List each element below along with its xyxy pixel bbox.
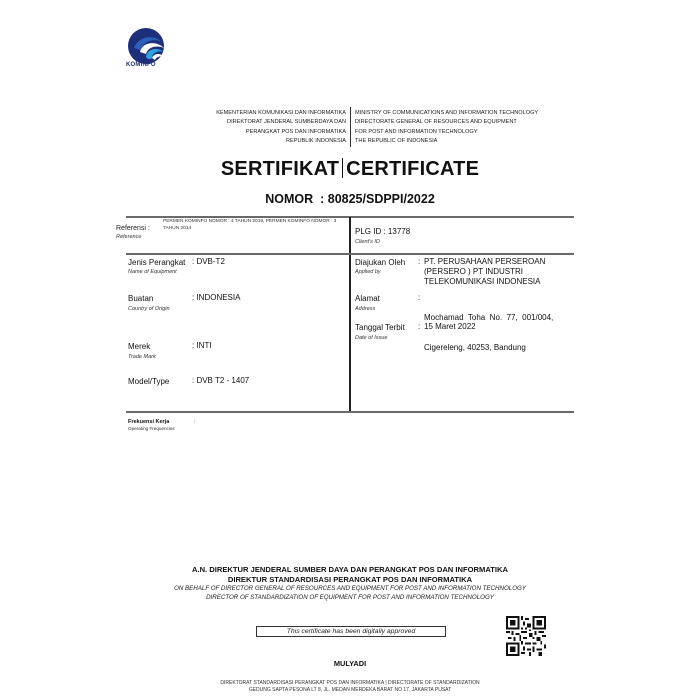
frequency-sublabel: Operating Frequencies — [128, 426, 175, 431]
reference-value-line: TAHUN 2014 — [163, 225, 347, 232]
ministry-header-english: MINISTRY OF COMMUNICATIONS AND INFORMATI… — [355, 109, 595, 146]
ministry-header-indonesian: KEMENTERIAN KOMUNIKASI DAN INFORMATIKA D… — [180, 109, 346, 146]
address-label: Alamat — [355, 294, 380, 303]
trade-mark-value: : INTI — [192, 341, 212, 351]
ministry-divider — [350, 107, 351, 147]
client-id-sublabel: Client's ID — [355, 239, 380, 245]
applicant-sublabel: Applied by — [355, 269, 381, 275]
applicant-line: PT. PERUSAHAAN PERSEROAN — [424, 257, 574, 267]
model-type-label: Model/Type — [128, 377, 169, 386]
country-origin-sublabel: Country of Origin — [128, 306, 170, 312]
applicant-line: TELEKOMUNIKASI INDONESIA — [424, 277, 574, 287]
applicant-colon: : — [418, 257, 420, 267]
signature-line-3: ON BEHALF OF DIRECTOR GENERAL OF RESOURC… — [0, 585, 700, 592]
country-origin-value: : INDONESIA — [192, 293, 240, 303]
model-type-value: : DVB T2 - 1407 — [192, 376, 249, 386]
signature-line-4: DIRECTOR OF STANDARDIZATION OF EQUIPMENT… — [0, 594, 700, 601]
reference-sublabel: Reference — [116, 234, 141, 240]
certificate-title: SERTIFIKATCERTIFICATE — [0, 158, 700, 181]
address-sublabel: Address — [355, 306, 375, 312]
ministry-en-line: MINISTRY OF COMMUNICATIONS AND INFORMATI… — [355, 109, 595, 118]
address-line: Cigereleng, 40253, Bandung — [424, 343, 579, 353]
issue-date-colon: : — [418, 322, 420, 332]
nomor-separator: : — [320, 192, 324, 206]
title-separator — [342, 158, 343, 178]
nomor-value: 80825/SDPPI/2022 — [328, 192, 435, 206]
issue-date-sublabel: Date of Issue — [355, 335, 387, 341]
trade-mark-sublabel: Trade Mark — [128, 354, 156, 360]
reference-label: Referensi : — [116, 225, 150, 232]
reference-value-line: PERMEN KOMINFO NOMOR : 4 TAHUN 2019, PER… — [163, 218, 347, 225]
table-row-divider — [126, 253, 574, 255]
ministry-en-line: DIRECTORATE GENERAL OF RESOURCES AND EQU… — [355, 118, 595, 127]
table-column-divider — [349, 217, 351, 412]
title-indonesian: SERTIFIKAT — [221, 158, 339, 180]
client-id-label: PLG ID — [355, 227, 381, 236]
applicant-value: PT. PERUSAHAAN PERSEROAN (PERSERO ) PT I… — [424, 257, 574, 287]
ministry-id-line: REPUBLIK INDONESIA — [180, 137, 346, 146]
client-id-value: : 13778 — [383, 227, 410, 236]
frequency-label: Frekuensi Kerja — [128, 419, 169, 425]
certificate-number: NOMOR : 80825/SDPPI/2022 — [0, 192, 700, 206]
trade-mark-label: Merek — [128, 342, 150, 351]
ministry-en-line: THE REPUBLIC OF INDONESIA — [355, 137, 595, 146]
footer-line-1: DIREKTORAT STANDARDISASI PERANGKAT POS D… — [0, 680, 700, 686]
equipment-name-label: Jenis Perangkat — [128, 258, 185, 267]
issue-date-value: 15 Maret 2022 — [424, 322, 476, 332]
signature-line-1: A.N. DIREKTUR JENDERAL SUMBER DAYA DAN P… — [0, 565, 700, 574]
ministry-id-line: KEMENTERIAN KOMUNIKASI DAN INFORMATIKA — [180, 109, 346, 118]
signer-name: MULYADI — [0, 659, 700, 668]
address-colon: : — [418, 293, 420, 303]
applicant-line: (PERSERO ) PT INDUSTRI — [424, 267, 574, 277]
footer-line-2: GEDUNG SAPTA PESONA LT 8, JL. MEDAN MERD… — [0, 687, 700, 693]
ministry-id-line: DIREKTORAT JENDERAL SUMBERDAYA DAN — [180, 118, 346, 127]
equipment-name-value: : DVB-T2 — [192, 257, 225, 267]
equipment-name-sublabel: Name of Equipment — [128, 269, 177, 275]
ministry-en-line: FOR POST AND INFORMATION TECHNOLOGY — [355, 128, 595, 137]
digital-approval-note: This certificate has been digitally appr… — [256, 626, 446, 637]
frequency-colon: : — [194, 419, 196, 425]
client-id: PLG ID : 13778 — [355, 227, 410, 236]
issue-date-label: Tanggal Terbit — [355, 323, 405, 332]
title-english: CERTIFICATE — [346, 158, 479, 180]
country-origin-label: Buatan — [128, 294, 153, 303]
qr-code-icon — [506, 615, 546, 657]
signature-line-2: DIREKTUR STANDARDISASI PERANGKAT POS DAN… — [0, 575, 700, 584]
applicant-label: Diajukan Oleh — [355, 258, 405, 267]
table-bottom-border — [126, 411, 574, 413]
nomor-label: NOMOR — [265, 192, 313, 206]
reference-value: PERMEN KOMINFO NOMOR : 4 TAHUN 2019, PER… — [163, 218, 347, 232]
logo-text: KOMINFO — [126, 62, 176, 68]
ministry-id-line: PERANGKAT POS DAN INFORMATIKA — [180, 128, 346, 137]
